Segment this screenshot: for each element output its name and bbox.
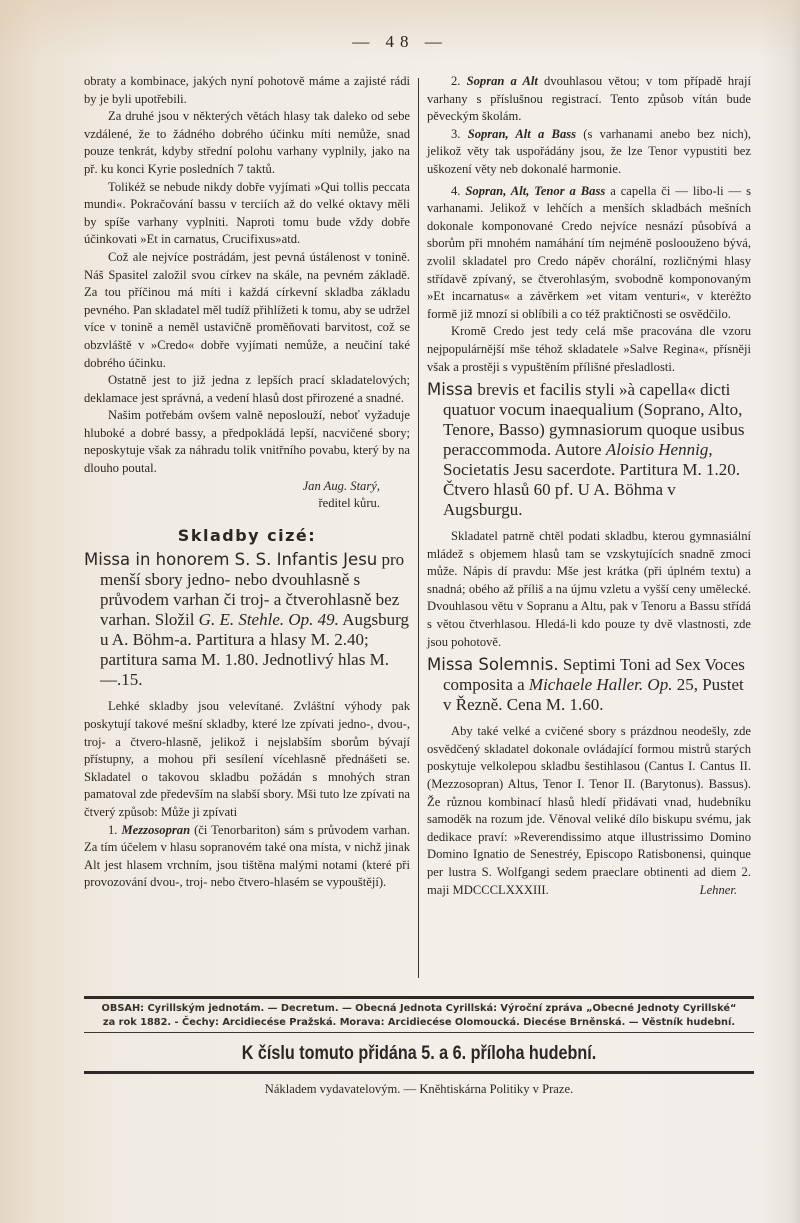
catalog-entry: Missa Solemnis. Septimi Toni ad Sex Voce… — [427, 655, 751, 715]
entry-opus: Op. — [647, 675, 672, 694]
item-voice: Sopran, Alt a Bass — [468, 127, 576, 141]
numbered-item: 2. Sopran a Alt dvouhlasou větou; v tom … — [427, 73, 751, 126]
section-heading: Skladby cizé: — [84, 527, 410, 545]
entry-composer: Aloisio Hennig, — [606, 440, 713, 459]
paragraph: Kromě Credo jest tedy celá mše pracována… — [427, 323, 751, 376]
item-number: 1. — [108, 823, 117, 837]
entry-publisher: Societatis Jesu sacerdote. Partitura M. … — [443, 460, 740, 519]
entry-composer: Michaele Haller. — [529, 675, 643, 694]
paragraph: Ostatně jest to již jedna z lepších prac… — [84, 372, 410, 407]
item-voice: Sopran a Alt — [467, 74, 538, 88]
imprint: Nákladem vydavatelovým. — Kněhtiskárna P… — [84, 1074, 754, 1097]
paragraph: Našim potřebám ovšem valně neposlouží, n… — [84, 407, 410, 477]
footer: OBSAH: Cyrillským jednotám. — Decretum. … — [84, 996, 754, 1097]
item-text: a capella či — libo-li — s varhanami. Je… — [427, 184, 751, 321]
entry-title: Missa Solemnis. — [427, 655, 559, 674]
entry-title: Missa — [427, 380, 473, 399]
numbered-item: 4. Sopran, Alt, Tenor a Bass a capella č… — [427, 183, 751, 324]
item-voice: Sopran, Alt, Tenor a Bass — [465, 184, 605, 198]
entry-opus: Op. 49. — [288, 610, 339, 629]
right-column: 2. Sopran a Alt dvouhlasou větou; v tom … — [427, 73, 751, 899]
paragraph: Za druhé jsou v některých větách hlasy t… — [84, 108, 410, 178]
item-number: 4. — [451, 184, 460, 198]
contents-line: OBSAH: Cyrillským jednotám. — Decretum. … — [84, 1002, 754, 1016]
contents-line: za rok 1882. - Čechy: Arcidiecése Pražsk… — [84, 1016, 754, 1030]
paragraph: Což ale nejvíce postrádám, jest pevná ús… — [84, 249, 410, 372]
entry-title: Missa in honorem S. S. Infantis Jesu — [84, 550, 377, 569]
column-divider — [418, 78, 419, 978]
numbered-item: 3. Sopran, Alt a Bass (s varhanami anebo… — [427, 126, 751, 179]
paragraph: Aby také velké a cvičené sbory s prázdno… — [427, 723, 751, 899]
numbered-item: 1. Mezzosopran (či Tenorbariton) sám s p… — [84, 822, 410, 892]
signature-role: ředitel kůru. — [84, 495, 410, 513]
paragraph: Tolikéž se nebude nikdy dobře vyjímati »… — [84, 179, 410, 249]
contents-summary: OBSAH: Cyrillským jednotám. — Decretum. … — [84, 999, 754, 1032]
catalog-entry: Missa in honorem S. S. Infantis Jesu pro… — [84, 550, 410, 690]
signature-name: Jan Aug. Starý, — [84, 478, 410, 496]
entry-composer: G. E. Stehle. — [199, 610, 284, 629]
catalog-entry: Missa brevis et facilis styli »à capella… — [427, 380, 751, 520]
item-number: 3. — [451, 127, 460, 141]
item-number: 2. — [451, 74, 460, 88]
item-voice: Mezzosopran — [121, 823, 190, 837]
paragraph: obraty a kombinace, jakých nyní pohotově… — [84, 73, 410, 108]
page-number: — 48 — — [0, 32, 800, 52]
paragraph: Lehké skladby jsou velevítané. Zvláštní … — [84, 698, 410, 821]
attachment-notice: K číslu tomuto přidána 5. a 6. příloha h… — [134, 1033, 704, 1071]
left-column: obraty a kombinace, jakých nyní pohotově… — [84, 73, 410, 892]
paragraph: Skladatel patrně chtěl podati skladbu, k… — [427, 528, 751, 651]
